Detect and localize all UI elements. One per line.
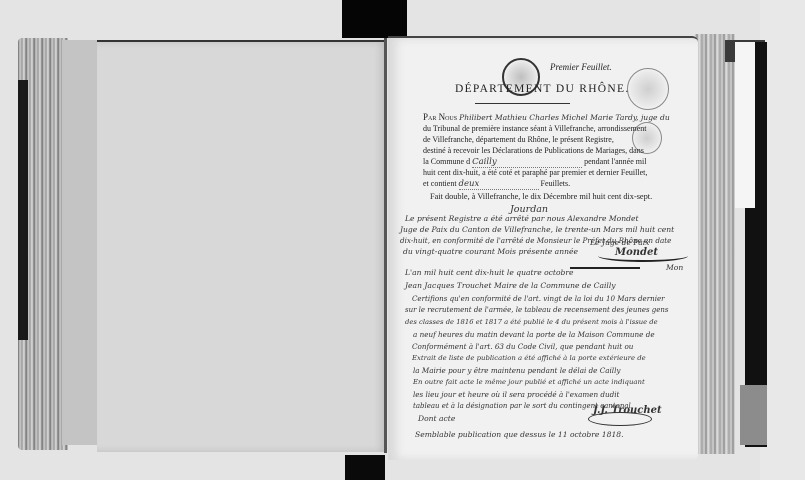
strike-line xyxy=(570,267,640,269)
closing-entry-line-4: du vingt-quatre courant Mois présente an… xyxy=(403,247,578,256)
entry-final-line: Semblable publication que dessus le 11 o… xyxy=(415,430,624,439)
sheet-count-handwritten: deux xyxy=(459,179,539,190)
signature-flourish xyxy=(598,250,688,262)
commune-suffix: pendant l'année mil xyxy=(584,157,646,166)
commune-prefix: la Commune d xyxy=(423,157,470,166)
justice-of-peace-title: Le Juge de Paix xyxy=(590,238,649,247)
right-page-edges xyxy=(695,34,735,454)
form-line-2: du Tribunal de première instance séant à… xyxy=(423,124,647,133)
form-by-us: Par Nous xyxy=(423,112,457,122)
commune-name-handwritten: Cailly xyxy=(472,157,582,168)
sheet-label: Premier Feuillet. xyxy=(550,62,612,72)
entry-line-6: a neuf heures du matin devant la porte d… xyxy=(413,330,655,339)
initial-mon: Mon xyxy=(666,263,683,272)
seal-top-right-icon xyxy=(627,68,669,110)
entry-line-4: sur le recrutement de l'armée, le tablea… xyxy=(405,306,669,314)
entry-line-11: les lieu jour et heure où il sera procéd… xyxy=(413,390,619,399)
form-line-4: destiné à recevoir les Déclarations de P… xyxy=(423,146,644,155)
entry-line-2: Jean Jacques Trouchet Maire de la Commun… xyxy=(405,281,616,290)
form-line-6: huit cent dix-huit, a été coté et paraph… xyxy=(423,168,647,177)
left-cover-board xyxy=(18,80,28,340)
left-flyleaf xyxy=(62,40,102,445)
entry-line-3: Certifions qu'en conformité de l'art. vi… xyxy=(412,294,665,303)
closing-entry-line-1: Le présent Registre a été arrêté par nou… xyxy=(405,214,639,223)
closing-entry-line-2: Juge de Paix du Canton de Villefranche, … xyxy=(400,225,674,234)
left-page-blank xyxy=(97,40,387,452)
judge-name-handwritten: Philibert Mathieu Charles Michel Marie T… xyxy=(459,113,670,122)
entry-line-9: la Mairie pour y être maintenu pendant l… xyxy=(413,366,620,375)
heading-rule xyxy=(475,103,570,104)
entry-line-5: des classes de 1816 et 1817 a été publié… xyxy=(405,318,658,326)
contains-prefix: et contient xyxy=(423,179,457,188)
form-line-7: et contient deux Feuillets. xyxy=(423,179,570,190)
department-heading: DÉPARTEMENT DU RHÔNE. xyxy=(455,83,630,95)
signature-trouchet-flourish xyxy=(588,412,652,426)
form-line-3: de Villefranche, département du Rhône, l… xyxy=(423,135,614,144)
form-line-8: Fait double, à Villefranche, le dix Déce… xyxy=(430,192,652,201)
entry-line-8: Extrait de liste de publication a été af… xyxy=(412,354,646,362)
entry-line-1: L'an mil huit cent dix-huit le quatre oc… xyxy=(405,268,574,277)
contains-suffix: Feuillets. xyxy=(541,179,571,188)
entry-line-10: En outre fait acte le même jour publié e… xyxy=(413,378,645,386)
right-endpaper xyxy=(735,42,755,208)
entry-line-13: Dont acte xyxy=(418,414,455,423)
form-line-5: la Commune d Cailly pendant l'année mil xyxy=(423,157,646,168)
book-gutter xyxy=(384,38,387,453)
entry-line-7: Conformément à l'art. 63 du Code Civil, … xyxy=(412,342,633,351)
scan-background-dark-bottom xyxy=(345,455,385,480)
right-cover-worn-corner xyxy=(740,385,767,445)
scan-background-dark-top xyxy=(342,0,407,38)
form-line-1: Par Nous Philibert Mathieu Charles Miche… xyxy=(423,112,670,122)
